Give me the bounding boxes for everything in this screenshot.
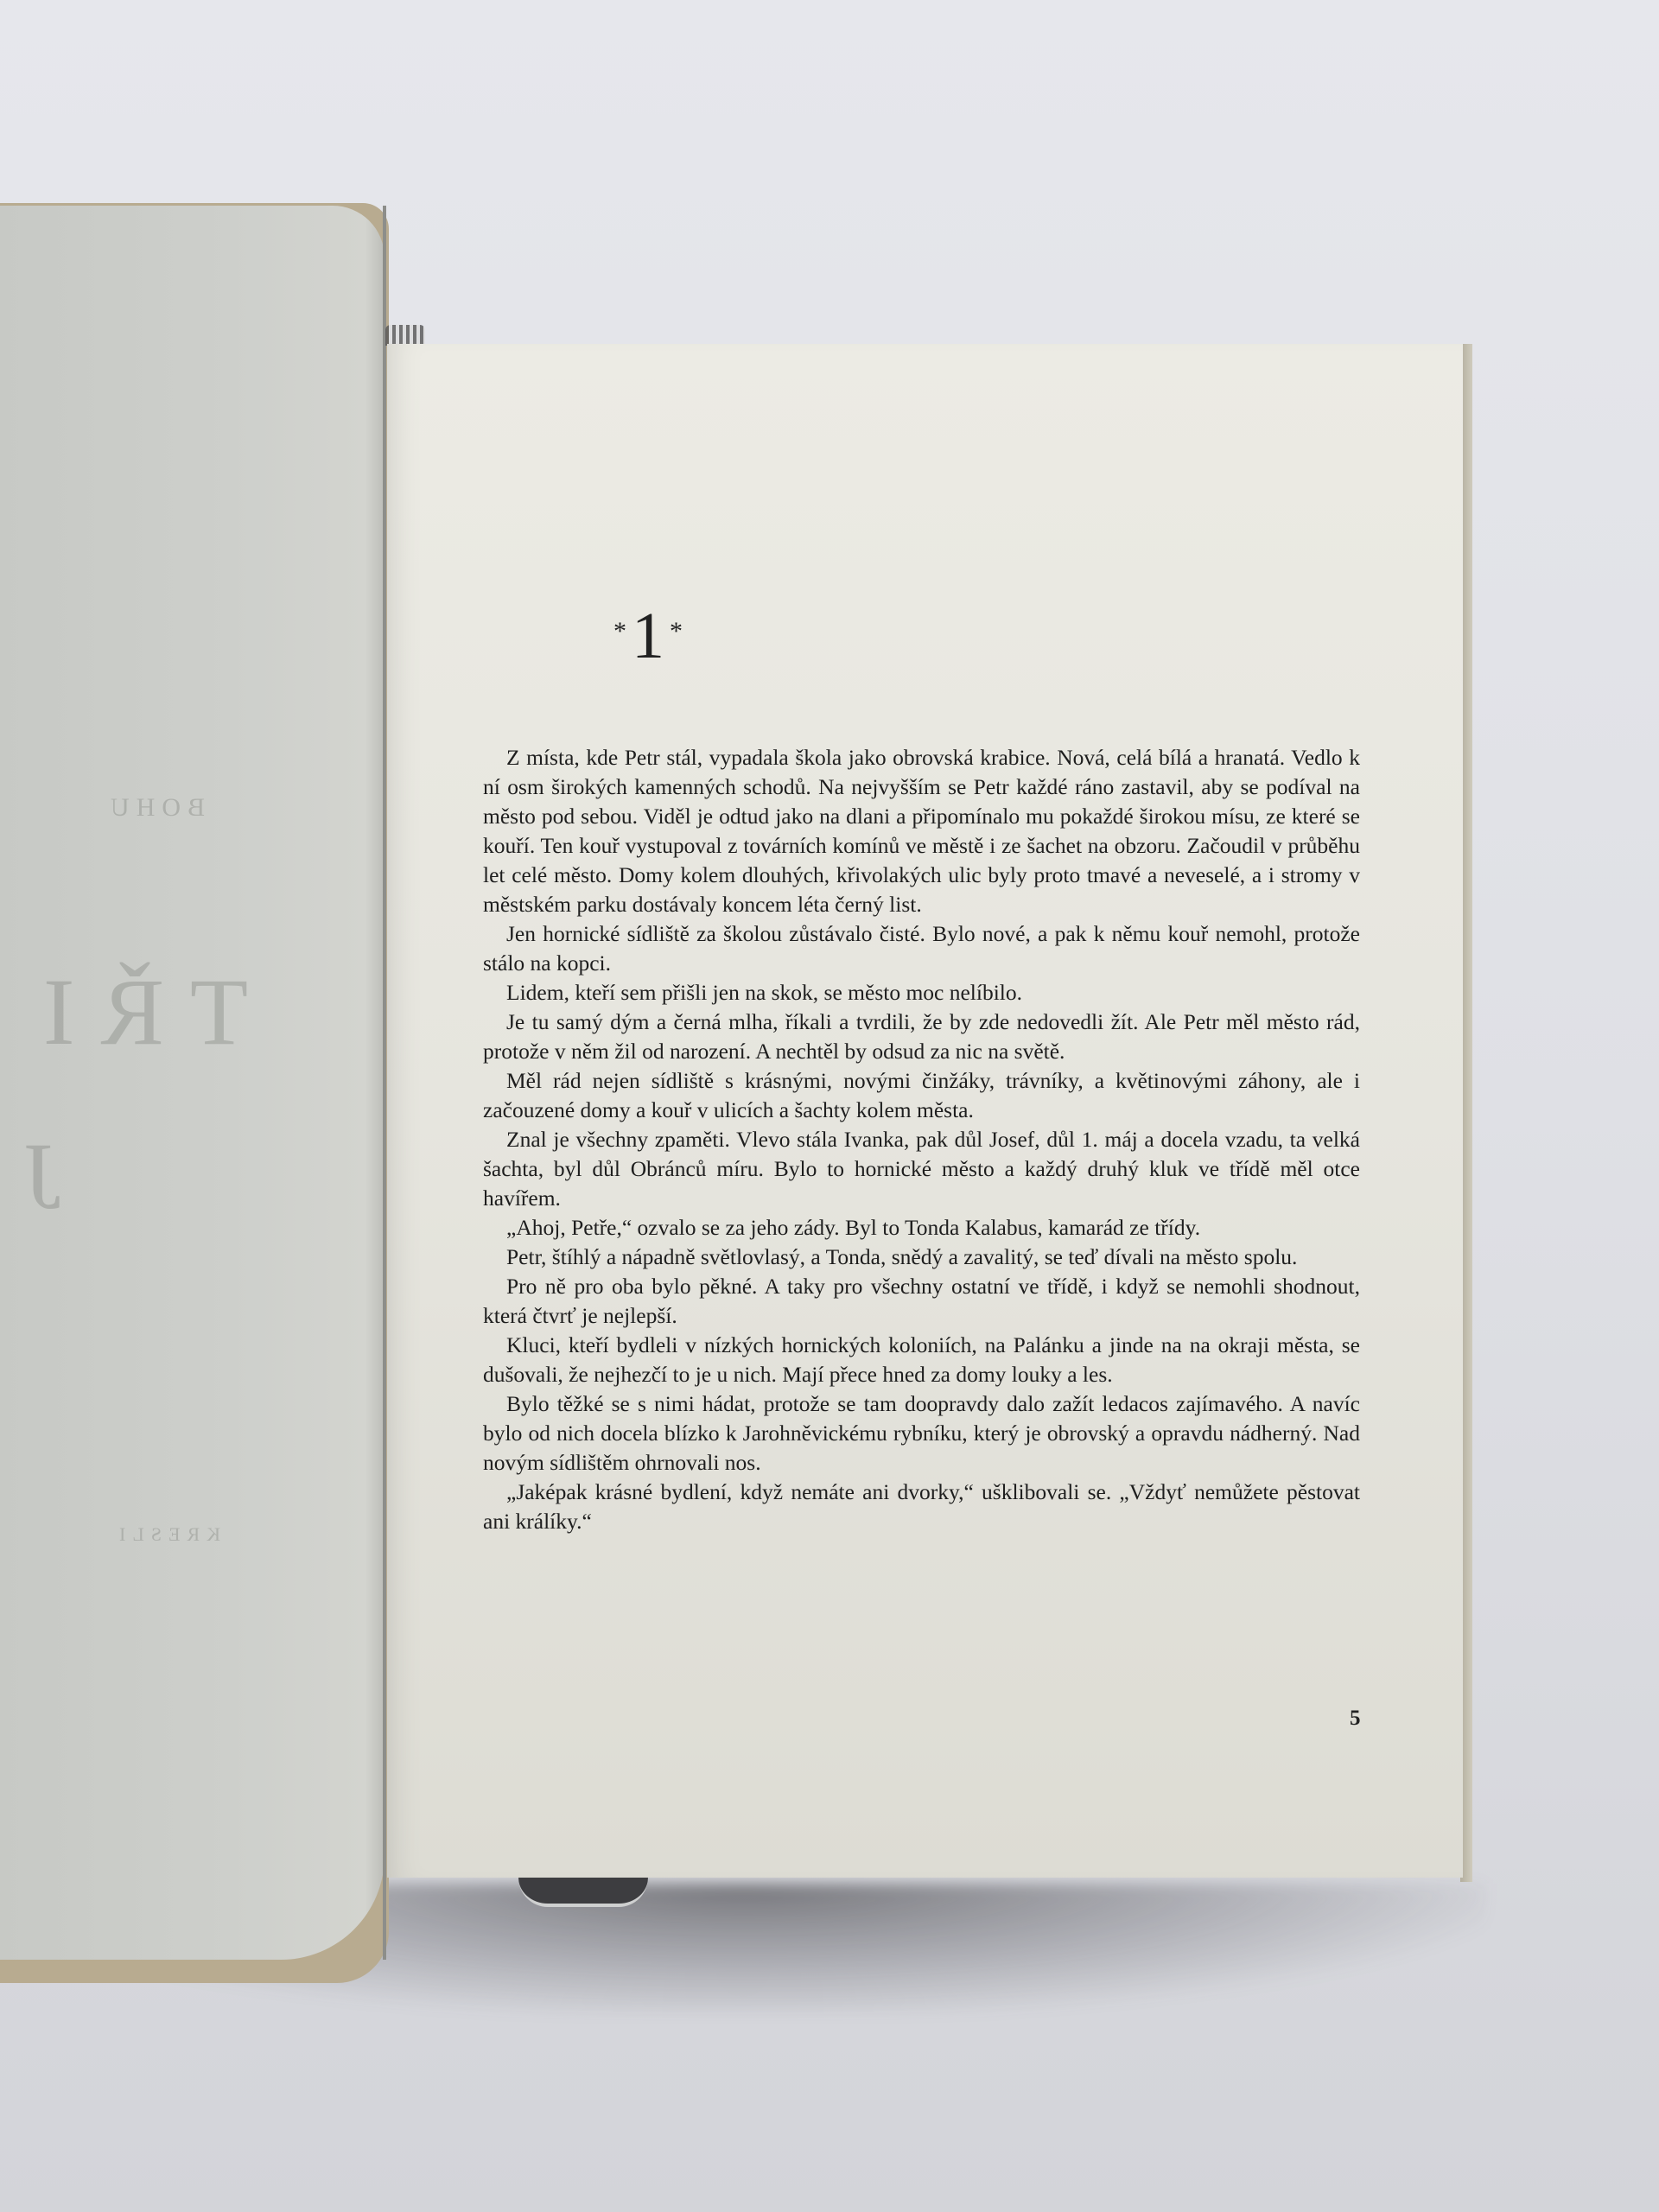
paragraph: Měl rád nejen sídliště s krásnými, novým… xyxy=(483,1066,1360,1125)
binding-stitch xyxy=(383,206,386,1960)
paragraph: Petr, štíhlý a nápadně světlovlasý, a To… xyxy=(483,1243,1360,1272)
paragraph: Pro ně pro oba bylo pěkné. A taky pro vš… xyxy=(483,1272,1360,1331)
chapter-number: 1 xyxy=(632,603,664,669)
left-page: BOHU TŘI J KRESLI xyxy=(0,206,385,1960)
paragraph: Kluci, kteří bydleli v nízkých hornickýc… xyxy=(483,1331,1360,1389)
paragraph: „Jaképak krásné bydlení, když nemáte ani… xyxy=(483,1478,1360,1536)
paragraph: „Ahoj, Petře,“ ozvalo se za jeho zády. B… xyxy=(483,1213,1360,1243)
bleed-through-title-line-1: TŘI xyxy=(17,957,248,1067)
paragraph: Je tu samý dým a černá mlha, říkali a tv… xyxy=(483,1007,1360,1066)
headband-bottom xyxy=(518,1878,648,1907)
paragraph: Lidem, kteří sem přišli jen na skok, se … xyxy=(483,978,1360,1007)
chapter-heading: * 1 * xyxy=(613,603,683,669)
asterisk-icon: * xyxy=(613,617,626,646)
bleed-through-title-line-2: J xyxy=(17,1122,61,1231)
paragraph: Z místa, kde Petr stál, vypadala škola j… xyxy=(483,743,1360,919)
bleed-through-author: BOHU xyxy=(104,793,205,823)
asterisk-icon: * xyxy=(670,617,683,646)
bleed-through-illustrator: KRESLI xyxy=(112,1523,220,1546)
body-text: Z místa, kde Petr stál, vypadala škola j… xyxy=(483,743,1360,1536)
page-number: 5 xyxy=(1350,1707,1361,1731)
paragraph: Znal je všechny zpaměti. Vlevo stála Iva… xyxy=(483,1125,1360,1213)
paragraph: Bylo těžké se s nimi hádat, protože se t… xyxy=(483,1389,1360,1478)
headband-top xyxy=(385,325,425,346)
paragraph: Jen hornické sídliště za školou zůstával… xyxy=(483,919,1360,978)
